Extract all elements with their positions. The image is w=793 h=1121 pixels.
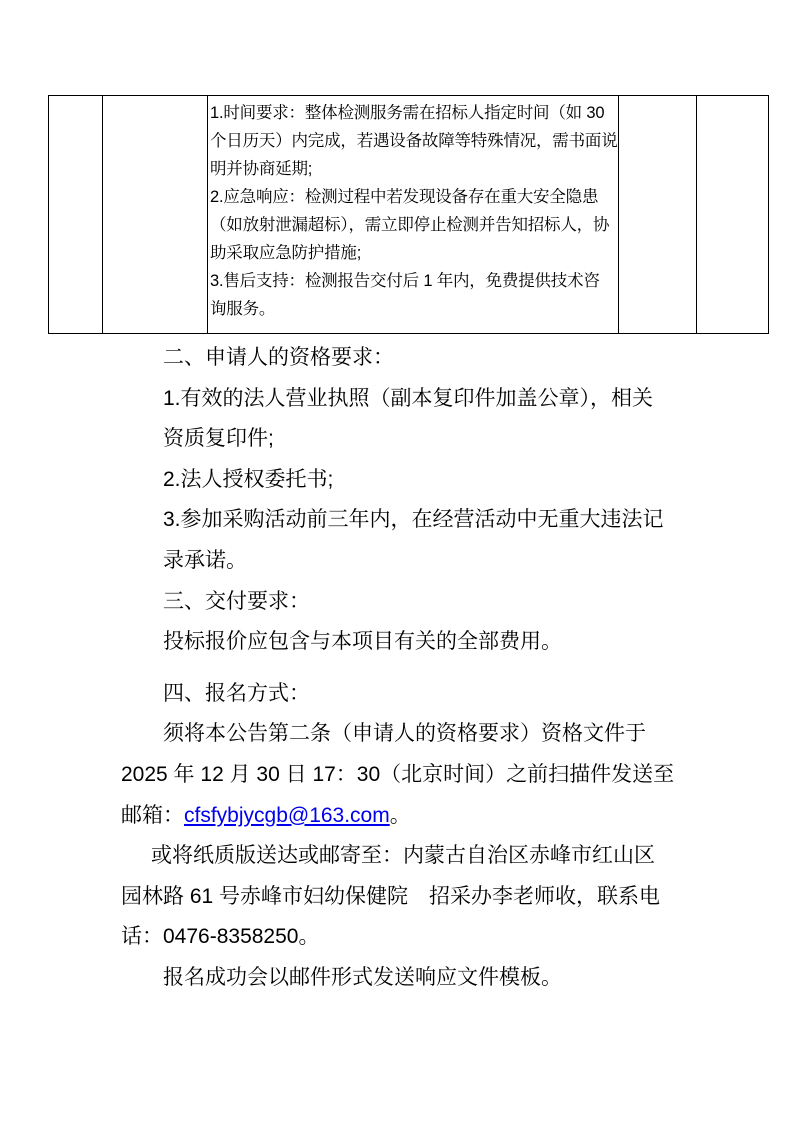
- text-run: 。: [390, 804, 411, 827]
- text-run: 1.有效的法人营业执照（副本复印件加盖公章），相关: [163, 387, 653, 410]
- table-cell-line: 个日历天）内完成，若遇设备故障等特殊情况，需书面说: [210, 127, 618, 155]
- text-run: 四、报名方式：: [163, 682, 310, 705]
- text-run: 二、申请人的资格要求：: [163, 346, 394, 369]
- table-cell-line: 1.时间要求：整体检测服务需在招标人指定时间（如 30: [210, 99, 618, 127]
- service-requirements-text: 1.时间要求：整体检测服务需在招标人指定时间（如 30个日历天）内完成，若遇设备…: [208, 96, 618, 323]
- text-run: 2.法人授权委托书;: [163, 468, 333, 491]
- table-cell-line: 2.应急响应：检测过程中若发现设备存在重大安全隐患: [210, 183, 618, 211]
- body-line: 1.有效的法人营业执照（副本复印件加盖公章），相关: [163, 379, 721, 420]
- table-cell-line: （如放射泄漏超标），需立即停止检测并告知招标人，协: [210, 211, 618, 239]
- text-run: 资质复印件;: [163, 427, 274, 450]
- text-run: 话：0476-8358250。: [121, 925, 319, 948]
- text-run: 录承诺。: [163, 549, 247, 572]
- body-line: 资质复印件;: [163, 419, 721, 460]
- table-cell-col5-empty: [697, 96, 769, 334]
- body-line: 四、报名方式：: [163, 674, 721, 715]
- body-line: 录承诺。: [163, 541, 721, 582]
- body-line: 须将本公告第二条（申请人的资格要求）资格文件于: [163, 714, 721, 755]
- table-cell-line: 3.售后支持：检测报告交付后 1 年内，免费提供技术咨: [210, 267, 618, 295]
- service-requirements-cell: 1.时间要求：整体检测服务需在招标人指定时间（如 30个日历天）内完成，若遇设备…: [208, 96, 619, 334]
- body-line: 3.参加采购活动前三年内，在经营活动中无重大违法记: [163, 500, 721, 541]
- body-line: 报名成功会以邮件形式发送响应文件模板。: [163, 958, 721, 999]
- body-line: 园林路 61 号赤峰市妇幼保健院 招采办李老师收，联系电: [121, 877, 721, 918]
- body-line: 二、申请人的资格要求：: [163, 338, 721, 379]
- body-line: 2025 年 12 月 30 日 17：30（北京时间）之前扫描件发送至: [121, 755, 721, 796]
- text-run: 投标报价应包含与本项目有关的全部费用。: [163, 630, 562, 653]
- text-run: 三、交付要求：: [163, 590, 310, 613]
- text-run: 报名成功会以邮件形式发送响应文件模板。: [163, 966, 562, 989]
- requirements-table: 1.时间要求：整体检测服务需在招标人指定时间（如 30个日历天）内完成，若遇设备…: [48, 95, 769, 334]
- body-line: 邮箱：cfsfybjycgb@163.com。: [121, 796, 721, 837]
- body-line: 或将纸质版送达或邮寄至：内蒙古自治区赤峰市红山区: [151, 836, 721, 877]
- table-cell-col2-empty: [103, 96, 208, 334]
- table-cell-line: 询服务。: [210, 295, 618, 323]
- document-page: 1.时间要求：整体检测服务需在招标人指定时间（如 30个日历天）内完成，若遇设备…: [0, 0, 793, 1121]
- text-run: 或将纸质版送达或邮寄至：内蒙古自治区赤峰市红山区: [151, 844, 655, 867]
- table-cell-col1-empty: [49, 96, 103, 334]
- text-run: 2025 年 12 月 30 日 17：30（北京时间）之前扫描件发送至: [121, 763, 674, 786]
- text-run: 园林路 61 号赤峰市妇幼保健院 招采办李老师收，联系电: [121, 885, 660, 908]
- table-row: 1.时间要求：整体检测服务需在招标人指定时间（如 30个日历天）内完成，若遇设备…: [49, 96, 769, 334]
- table-cell-line: 助采取应急防护措施;: [210, 239, 618, 267]
- body-line: 2.法人授权委托书;: [163, 460, 721, 501]
- body-line: 话：0476-8358250。: [121, 917, 721, 958]
- announcement-body: 二、申请人的资格要求：1.有效的法人营业执照（副本复印件加盖公章），相关资质复印…: [121, 338, 721, 999]
- text-run: 邮箱：: [121, 804, 184, 827]
- email-link[interactable]: cfsfybjycgb@163.com: [184, 804, 390, 827]
- body-line: 投标报价应包含与本项目有关的全部费用。: [163, 622, 721, 663]
- table-cell-line: 明并协商延期;: [210, 155, 618, 183]
- text-run: 3.参加采购活动前三年内，在经营活动中无重大违法记: [163, 508, 664, 531]
- body-line: 三、交付要求：: [163, 582, 721, 623]
- table-cell-col4-empty: [619, 96, 697, 334]
- text-run: 须将本公告第二条（申请人的资格要求）资格文件于: [163, 722, 646, 745]
